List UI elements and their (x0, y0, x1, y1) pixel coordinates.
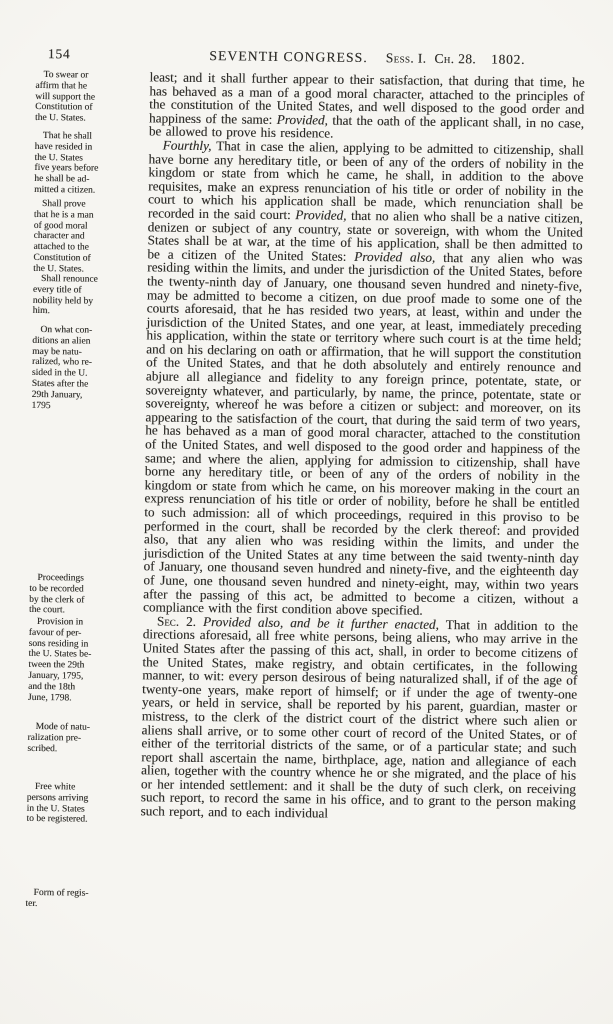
margin-note-10: Form of regis- ter. (25, 888, 141, 911)
margin-note-7: Provision in favour of per- sons residin… (28, 617, 145, 705)
margin-note-2: That he shall have resided in the U. Sta… (34, 131, 151, 197)
margin-note-6: Proceedings to be recorded by the clerk … (29, 573, 146, 618)
statute-body-text: least; and it shall further appear to th… (141, 70, 585, 823)
margin-note-4: Shall renounce every title of nobility h… (33, 274, 150, 319)
chapter-label: Ch. 28. (434, 51, 476, 68)
margin-note-1: To swear or affirm that he will support … (35, 70, 152, 125)
margin-note-8: Mode of natu- ralization pre- scribed. (27, 722, 143, 756)
session-label: Sess. I. (386, 50, 427, 66)
body-paragraph-3: Sec. 2. Provided also, and be it further… (141, 614, 578, 823)
body-paragraph-1: least; and it shall further appear to th… (149, 70, 585, 143)
margin-note-5: On what con- ditions an alien may be nat… (31, 325, 148, 413)
text-segment-normal: that any alien who was residing within t… (143, 250, 582, 618)
margin-note-9: Free white persons arriving in the U. St… (26, 782, 143, 827)
body-paragraph-2: Fourthly, That in case the alien, applyi… (143, 138, 584, 619)
margin-note-3: Shall prove that he is a man of good mor… (33, 199, 150, 276)
text-segment-normal: That in addition to the directions afore… (140, 617, 577, 821)
congress-label: SEVENTH CONGRESS. (209, 48, 368, 66)
statute-page-scan: 154 SEVENTH CONGRESS. Sess. I. Ch. 28. 1… (0, 0, 613, 1024)
margin-notes-column: To swear or affirm that he will support … (0, 0, 150, 1024)
year-label: 1802. (491, 52, 525, 68)
running-head: SEVENTH CONGRESS. Sess. I. Ch. 28. 1802. (150, 47, 585, 68)
scanned-content: 154 SEVENTH CONGRESS. Sess. I. Ch. 28. 1… (0, 0, 613, 1024)
